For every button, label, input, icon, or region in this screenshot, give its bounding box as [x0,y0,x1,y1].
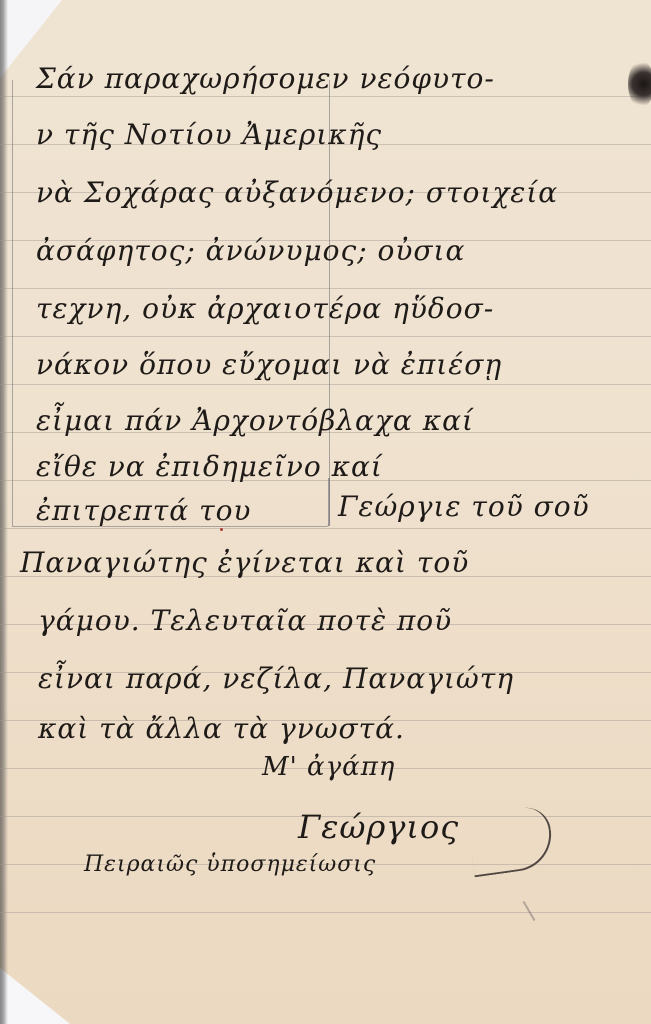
red-mark [220,528,223,531]
letter-line-8: εἴθε να ἐπιδημεῖνο καί [36,450,383,483]
letter-line-13: εἶναι παρά, νεζίλα, Παναγιώτη [38,662,514,695]
letter-line-12: γάμου. Τελευταῖα ποτὲ ποῦ [38,604,452,637]
ruled-line [0,528,651,529]
letter-line-6: νάκον ὅπου εὔχομαι νὰ ἐπιέσῃ [36,348,502,381]
scan-edge-shadow [0,0,8,1024]
letter-line-14: καὶ τὰ ἄλλα τὰ γνωστά. [38,712,405,745]
ruled-line [0,912,651,913]
ink-blot [628,60,651,108]
letter-line-3: νὰ Σοχάρας αὐξανόμενο; στοιχεία [36,176,558,209]
letter-signature: Γεώργιος [298,808,459,846]
letter-line-9: ἐπιτρεπτά του [36,494,251,527]
letter-line-1: Σάν παραχωρήσομεν νεόφυτο- [36,62,495,95]
letter-line-7: εἶμαι πάν Ἀρχοντόβλαχα καί [36,404,474,437]
letter-line-10: Γεώργιε τοῦ σοῦ [338,490,590,523]
pencil-box-divider [328,478,330,526]
letter-postscript: Πειραιῶς ὑποσημείωσις [84,852,376,877]
letter-line-5: τεχνη, οὐκ ἀρχαιοτέρα ηὕδοσ- [36,292,494,325]
letter-line-4: ἀσάφητος; ἀνώνυμος; οὐσια [36,234,465,267]
letter-line-11: Παναγιώτης ἐγίνεται καὶ τοῦ [20,546,469,579]
letter-line-2: ν τῆς Νοτίου Ἀμερικῆς [36,118,382,151]
letter-closing: Μ' ἀγάπη [262,752,395,782]
